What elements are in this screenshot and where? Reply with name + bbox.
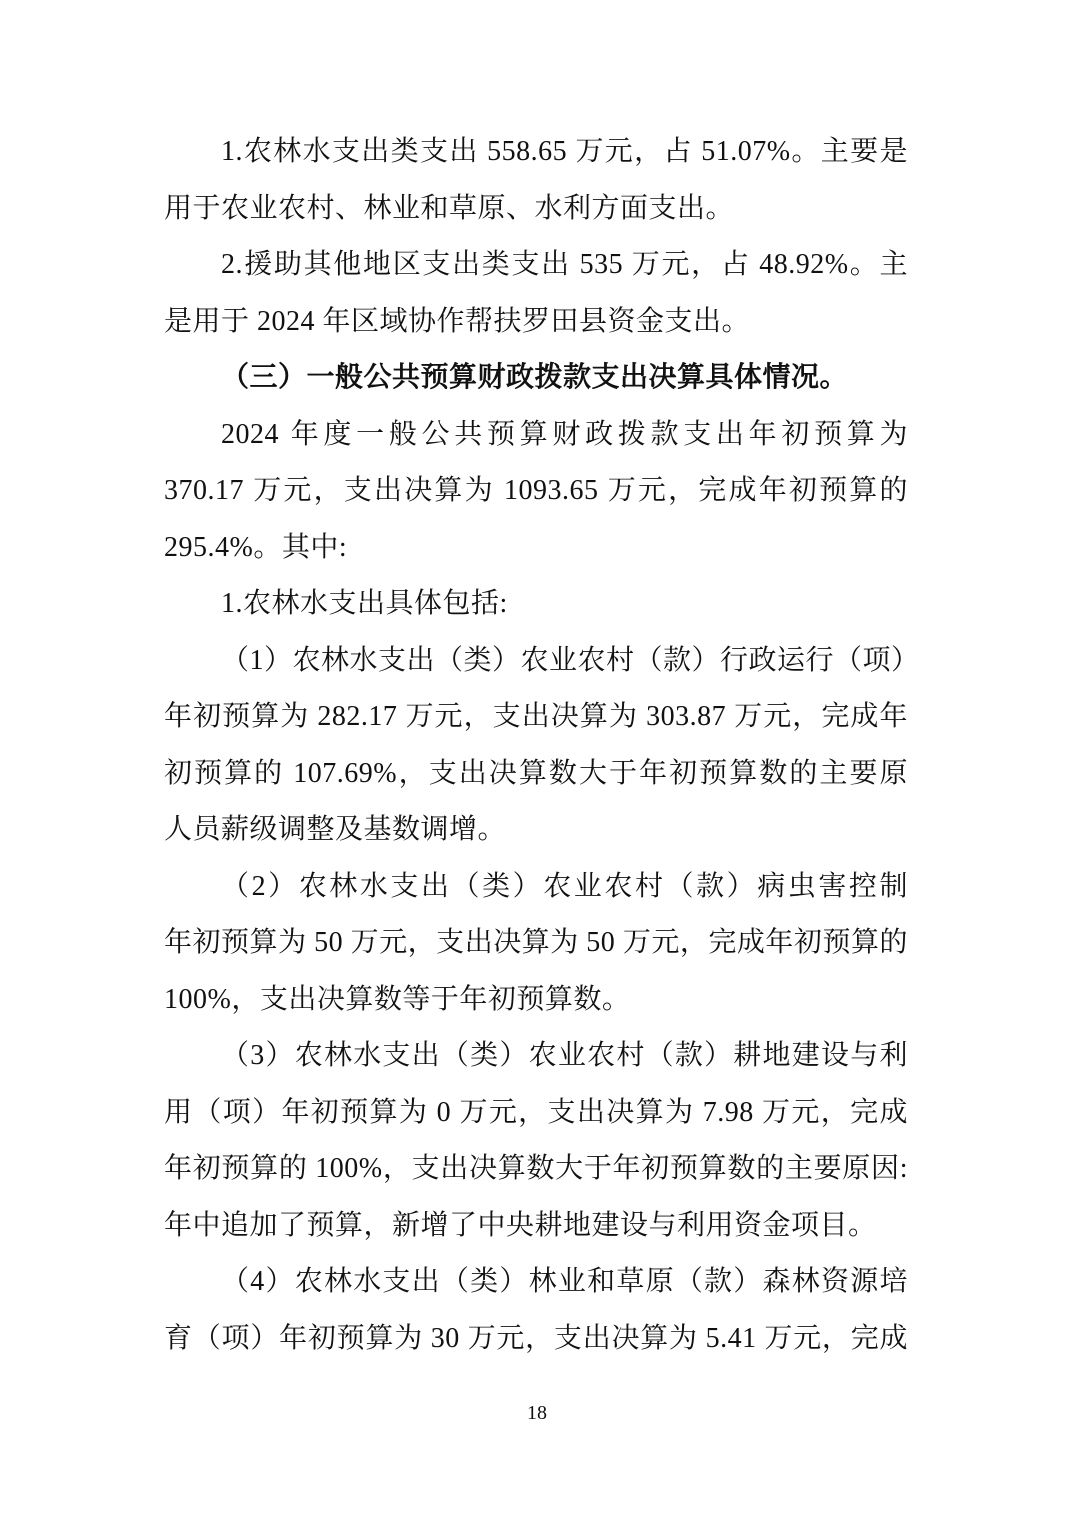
paragraph-line: （3）农林水支出（类）农业农村（款）耕地建设与利 — [164, 1028, 908, 1085]
paragraph-line: 初预算的 107.69%，支出决算数大于年初预算数的主要原因: — [164, 746, 908, 803]
body-text: 1.农林水支出类支出 558.65 万元，占 51.07%。主要是 用于农业农村… — [164, 124, 908, 1367]
paragraph-line: 年初预算的 100%，支出决算数大于年初预算数的主要原因: — [164, 1141, 908, 1198]
paragraph-line: 年初预算为 50 万元，支出决算为 50 万元，完成年初预算的 — [164, 915, 908, 972]
paragraph-line: （1）农林水支出（类）农业农村（款）行政运行（项） — [164, 633, 908, 690]
paragraph-line: 1.农林水支出具体包括: — [164, 576, 908, 633]
paragraph-line: 用（项）年初预算为 0 万元，支出决算为 7.98 万元，完成 — [164, 1085, 908, 1142]
paragraph-line: 295.4%。其中: — [164, 520, 908, 577]
paragraph-line: 人员薪级调整及基数调增。 — [164, 802, 908, 859]
paragraph-line: 年中追加了预算，新增了中央耕地建设与利用资金项目。 — [164, 1198, 908, 1255]
paragraph-line: 用于农业农村、林业和草原、水利方面支出。 — [164, 181, 908, 238]
paragraph-line: 370.17 万元，支出决算为 1093.65 万元，完成年初预算的 — [164, 463, 908, 520]
section-heading: （三）一般公共预算财政拨款支出决算具体情况。 — [164, 350, 908, 407]
document-page: 1.农林水支出类支出 558.65 万元，占 51.07%。主要是 用于农业农村… — [0, 0, 1074, 1520]
paragraph-line: 育（项）年初预算为 30 万元，支出决算为 5.41 万元，完成 — [164, 1311, 908, 1368]
paragraph-line: 2.援助其他地区支出类支出 535 万元，占 48.92%。主要 — [164, 237, 908, 294]
paragraph-line: （2）农林水支出（类）农业农村（款）病虫害控制（项） — [164, 859, 908, 916]
page-number: 18 — [0, 1400, 1074, 1426]
paragraph-line: 100%，支出决算数等于年初预算数。 — [164, 972, 908, 1029]
paragraph-line: 1.农林水支出类支出 558.65 万元，占 51.07%。主要是 — [164, 124, 908, 181]
paragraph-line: 是用于 2024 年区域协作帮扶罗田县资金支出。 — [164, 294, 908, 351]
paragraph-line: 年初预算为 282.17 万元，支出决算为 303.87 万元，完成年 — [164, 689, 908, 746]
paragraph-line: 2024 年度一般公共预算财政拨款支出年初预算为 — [164, 407, 908, 464]
paragraph-line: （4）农林水支出（类）林业和草原（款）森林资源培 — [164, 1254, 908, 1311]
